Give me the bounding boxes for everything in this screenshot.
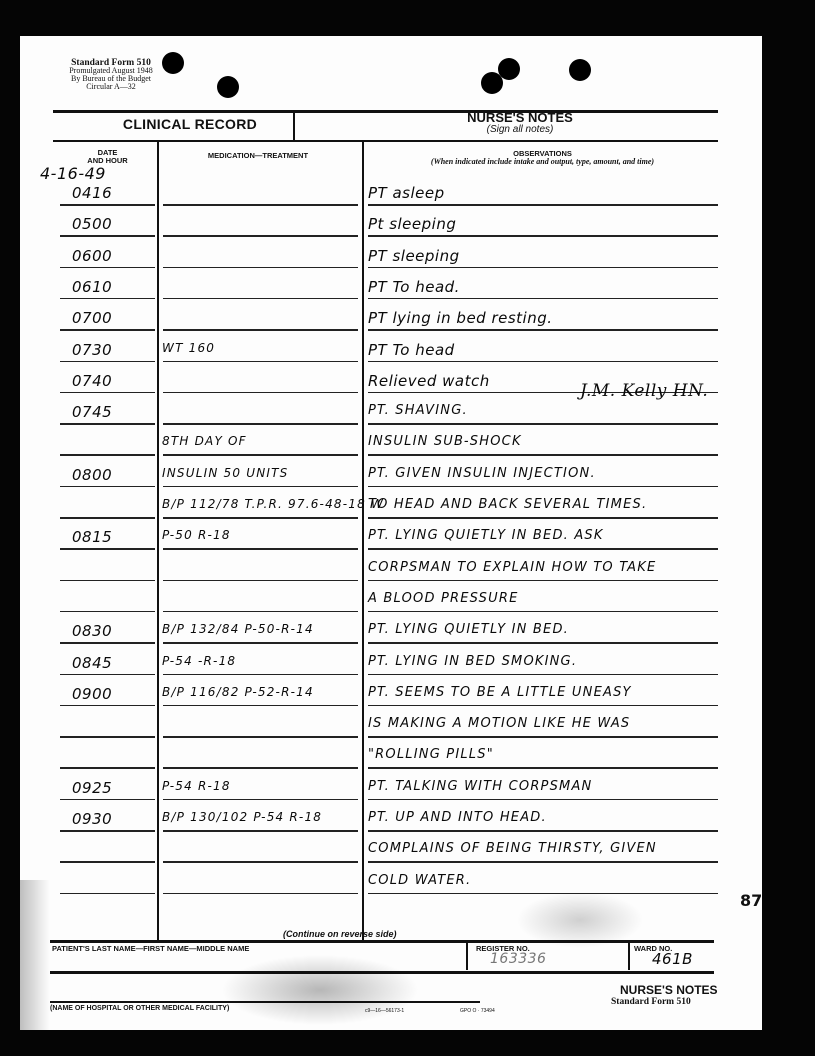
medication-rule (163, 767, 358, 769)
observation-rule (368, 674, 718, 676)
entry-observation: IS MAKING A MOTION LIKE HE WAS (368, 716, 630, 731)
date-rule (60, 767, 155, 769)
medication-rule (163, 517, 358, 519)
medication-rule (163, 736, 358, 738)
entry-time: 0830 (72, 622, 112, 640)
medication-rule (163, 705, 358, 707)
entry-time: 0845 (72, 654, 112, 672)
medication-rule (163, 611, 358, 613)
title-bottom-rule (53, 140, 718, 142)
entry-time: 0500 (72, 215, 112, 233)
date-rule (60, 580, 155, 582)
print-code: c9—16—56173-1 (365, 1008, 404, 1014)
clinical-record-title: CLINICAL RECORD (80, 116, 300, 132)
date-rule (60, 392, 155, 394)
footer-form-title: NURSE'S NOTES (620, 983, 718, 997)
observation-rule (368, 580, 718, 582)
medication-treatment-header: MEDICATION—TREATMENT (158, 152, 358, 160)
medication-rule (163, 267, 358, 269)
date-column-divider (157, 142, 159, 942)
medication-rule (163, 548, 358, 550)
entry-observation: PT sleeping (368, 247, 460, 265)
entry-medication: INSULIN 50 UNITS (162, 466, 288, 480)
observations-instructions: (When indicated include intake and outpu… (365, 158, 720, 166)
medication-rule (163, 486, 358, 488)
entry-time: 0900 (72, 685, 112, 703)
entry-observation: COLD WATER. (368, 873, 471, 888)
entry-observation: TO HEAD AND BACK SEVERAL TIMES. (368, 497, 647, 512)
punch-hole (217, 76, 239, 98)
register-number: 163336 (490, 951, 546, 967)
date-rule (60, 861, 155, 863)
medication-rule (163, 204, 358, 206)
medication-rule (163, 830, 358, 832)
observation-rule (368, 517, 718, 519)
nurses-notes-title: NURSE'S NOTES (Sign all notes) (300, 110, 740, 135)
hospital-label: (NAME OF HOSPITAL OR OTHER MEDICAL FACIL… (50, 1005, 229, 1012)
entry-medication: B/P 130/102 P-54 R-18 (162, 810, 322, 824)
entry-time: 0800 (72, 466, 112, 484)
date-hour-header: DATE AND HOUR (60, 149, 155, 165)
observation-rule (368, 767, 718, 769)
punch-hole (569, 59, 591, 81)
entry-medication: P-54 R-18 (162, 779, 231, 793)
entry-observation: PT. TALKING WITH CORPSMAN (368, 779, 592, 794)
entry-observation: CORPSMAN TO EXPLAIN HOW TO TAKE (368, 560, 656, 575)
entry-time: 0610 (72, 278, 112, 296)
gpo-code: GPO O · 73494 (460, 1008, 495, 1014)
medication-rule (163, 298, 358, 300)
date-rule (60, 830, 155, 832)
observation-rule (368, 204, 718, 206)
ward-divider (628, 942, 630, 970)
date-rule (60, 361, 155, 363)
observation-rule (368, 830, 718, 832)
date-rule (60, 235, 155, 237)
medication-rule (163, 861, 358, 863)
observation-rule (368, 705, 718, 707)
entry-observation: PT. LYING QUIETLY IN BED. (368, 622, 569, 637)
nurse-signature: J.M. Kelly HN. (580, 381, 708, 401)
entry-medication: B/P 132/84 P-50-R-14 (162, 622, 314, 636)
punch-hole (481, 72, 503, 94)
entry-time: 0740 (72, 372, 112, 390)
observation-rule (368, 329, 718, 331)
date-rule (60, 329, 155, 331)
nurses-notes-heading: NURSE'S NOTES (467, 110, 573, 125)
footer-top-rule (50, 940, 714, 943)
date-rule (60, 736, 155, 738)
nurses-notes-form: Standard Form 510 Promulgated August 194… (20, 36, 762, 1030)
observation-rule (368, 423, 718, 425)
title-divider (293, 112, 295, 142)
entry-time: 0745 (72, 403, 112, 421)
footer-mid-rule (50, 971, 714, 974)
observations-header: OBSERVATIONS (When indicated include int… (365, 150, 720, 166)
entry-medication: B/P 116/82 P-52-R-14 (162, 685, 314, 699)
entry-time: 0925 (72, 779, 112, 797)
entry-time: 0700 (72, 309, 112, 327)
circular-text: Circular A—32 (56, 83, 166, 91)
date-rule (60, 799, 155, 801)
ward-number: 461B (652, 950, 693, 968)
date-rule (60, 423, 155, 425)
date-rule (60, 674, 155, 676)
entry-medication: WT 160 (162, 341, 215, 355)
entry-observation: PT. GIVEN INSULIN INJECTION. (368, 466, 596, 481)
entry-observation: PT. LYING IN BED SMOKING. (368, 654, 577, 669)
observation-rule (368, 861, 718, 863)
entry-observation: PT. LYING QUIETLY IN BED. ASK (368, 528, 604, 543)
observation-rule (368, 736, 718, 738)
date-rule (60, 298, 155, 300)
date-rule (60, 486, 155, 488)
medication-rule (163, 799, 358, 801)
date-rule (60, 705, 155, 707)
medication-rule (163, 361, 358, 363)
date-rule (60, 517, 155, 519)
date-rule (60, 548, 155, 550)
medication-rule (163, 674, 358, 676)
footer-bottom-rule (50, 1001, 480, 1003)
page-number: 87 (740, 891, 762, 910)
entry-medication: P-50 R-18 (162, 528, 231, 542)
form-identification: Standard Form 510 Promulgated August 194… (56, 59, 166, 91)
entry-observation: COMPLAINS OF BEING THIRSTY, GIVEN (368, 841, 657, 856)
entry-time: 0730 (72, 341, 112, 359)
observation-rule (368, 361, 718, 363)
observation-rule (368, 642, 718, 644)
observation-rule (368, 893, 718, 895)
medication-rule (163, 454, 358, 456)
observation-rule (368, 799, 718, 801)
medication-rule (163, 392, 358, 394)
entry-date: 4-16-49 (40, 164, 106, 183)
date-rule (60, 893, 155, 895)
observation-rule (368, 267, 718, 269)
entry-observation: "ROLLING PILLS" (368, 747, 494, 762)
observation-rule (368, 548, 718, 550)
date-rule (60, 267, 155, 269)
observation-rule (368, 298, 718, 300)
entry-observation: INSULIN SUB-SHOCK (368, 434, 522, 449)
date-rule (60, 642, 155, 644)
entry-medication: 8TH DAY OF (162, 434, 247, 448)
entry-observation: PT asleep (368, 184, 445, 202)
medication-rule (163, 893, 358, 895)
observation-rule (368, 454, 718, 456)
entry-observation: PT. UP AND INTO HEAD. (368, 810, 547, 825)
entry-observation: PT To head. (368, 278, 460, 296)
entry-observation: PT. SEEMS TO BE A LITTLE UNEASY (368, 685, 632, 700)
register-divider (466, 942, 468, 970)
observation-rule (368, 486, 718, 488)
entry-time: 0416 (72, 184, 112, 202)
medication-rule (163, 423, 358, 425)
medication-rule (163, 580, 358, 582)
entry-observation: PT. SHAVING. (368, 403, 468, 418)
continue-note: (Continue on reverse side) (283, 929, 397, 939)
entry-medication: P-54 -R-18 (162, 654, 236, 668)
medication-rule (163, 642, 358, 644)
entry-medication: B/P 112/78 T.P.R. 97.6-48-18 W (162, 497, 384, 511)
footer-form-number: Standard Form 510 (611, 997, 691, 1007)
observation-rule (368, 235, 718, 237)
patient-name-label: PATIENT'S LAST NAME—FIRST NAME—MIDDLE NA… (52, 944, 249, 953)
date-rule (60, 611, 155, 613)
observation-column-divider (362, 142, 364, 942)
sign-all-notes-text: (Sign all notes) (300, 124, 740, 135)
entry-observation: PT To head (368, 341, 455, 359)
entry-time: 0600 (72, 247, 112, 265)
entry-observation: Pt sleeping (368, 215, 456, 233)
entry-time: 0930 (72, 810, 112, 828)
date-rule (60, 454, 155, 456)
medication-rule (163, 235, 358, 237)
entry-observation: Relieved watch (368, 372, 490, 390)
entry-time: 0815 (72, 528, 112, 546)
date-rule (60, 204, 155, 206)
entry-observation: A BLOOD PRESSURE (368, 591, 518, 606)
observation-rule (368, 611, 718, 613)
medication-rule (163, 329, 358, 331)
entry-observation: PT lying in bed resting. (368, 309, 553, 327)
